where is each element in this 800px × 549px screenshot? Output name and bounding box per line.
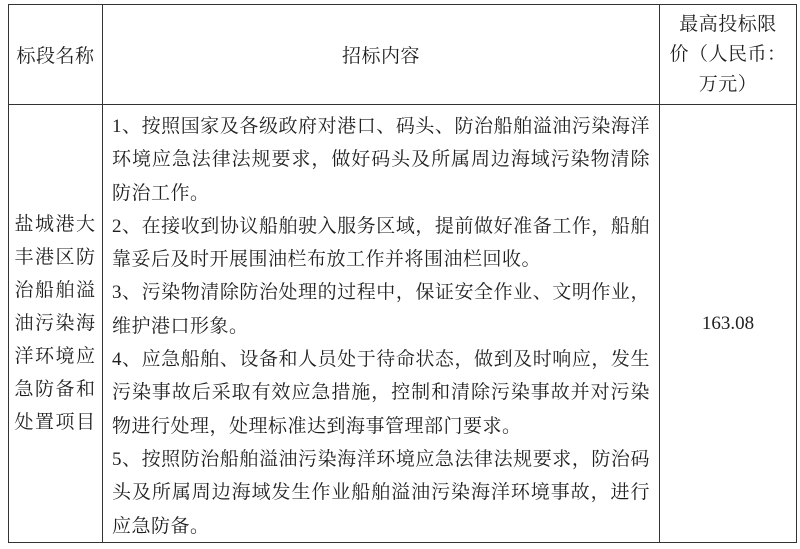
section-name-cell: 盐城港大丰港区防治船舶溢油污染海洋环境应急防备和处置项目 bbox=[9, 105, 103, 542]
max-price-cell: 163.08 bbox=[660, 105, 796, 542]
bid-item-2: 2、在接收到协议船舶驶入服务区域，提前做好准备工作，船舶靠妥后及时开展围油栏布放… bbox=[112, 210, 650, 277]
header-max-price: 最高投标限 价（人民币： 万元） bbox=[660, 5, 796, 105]
header-bid-content-label: 招标内容 bbox=[342, 41, 420, 68]
header-max-price-line-2: 价（人民币： bbox=[669, 40, 786, 70]
header-max-price-line-3: 万元） bbox=[699, 70, 758, 100]
header-max-price-line-1: 最高投标限 bbox=[679, 10, 777, 40]
header-bid-content: 招标内容 bbox=[103, 5, 660, 105]
bid-item-1: 1、按照国家及各级政府对港口、码头、防治船舶溢油污染海洋环境应急法律法规要求，做… bbox=[112, 110, 650, 210]
header-section-name: 标段名称 bbox=[9, 5, 103, 105]
bid-item-5: 5、按照防治船舶溢油污染海洋环境应急法律法规要求，防治码头及所属周边海域发生作业… bbox=[112, 443, 650, 542]
header-section-name-label: 标段名称 bbox=[16, 41, 94, 68]
section-name-text: 盐城港大丰港区防治船舶溢油污染海洋环境应急防备和处置项目 bbox=[12, 208, 99, 439]
max-price-value: 163.08 bbox=[702, 313, 754, 335]
bid-item-4: 4、应急船舶、设备和人员处于待命状态，做到及时响应，发生污染事故后采取有效应急措… bbox=[112, 343, 650, 443]
bid-item-3: 3、污染物清除防治处理的过程中，保证安全作业、文明作业，维护港口形象。 bbox=[112, 276, 650, 343]
bid-content-cell: 1、按照国家及各级政府对港口、码头、防治船舶溢油污染海洋环境应急法律法规要求，做… bbox=[103, 105, 660, 542]
bid-table: 标段名称 招标内容 最高投标限 价（人民币： 万元） 盐城港大丰港区防治船舶溢油… bbox=[8, 4, 797, 543]
